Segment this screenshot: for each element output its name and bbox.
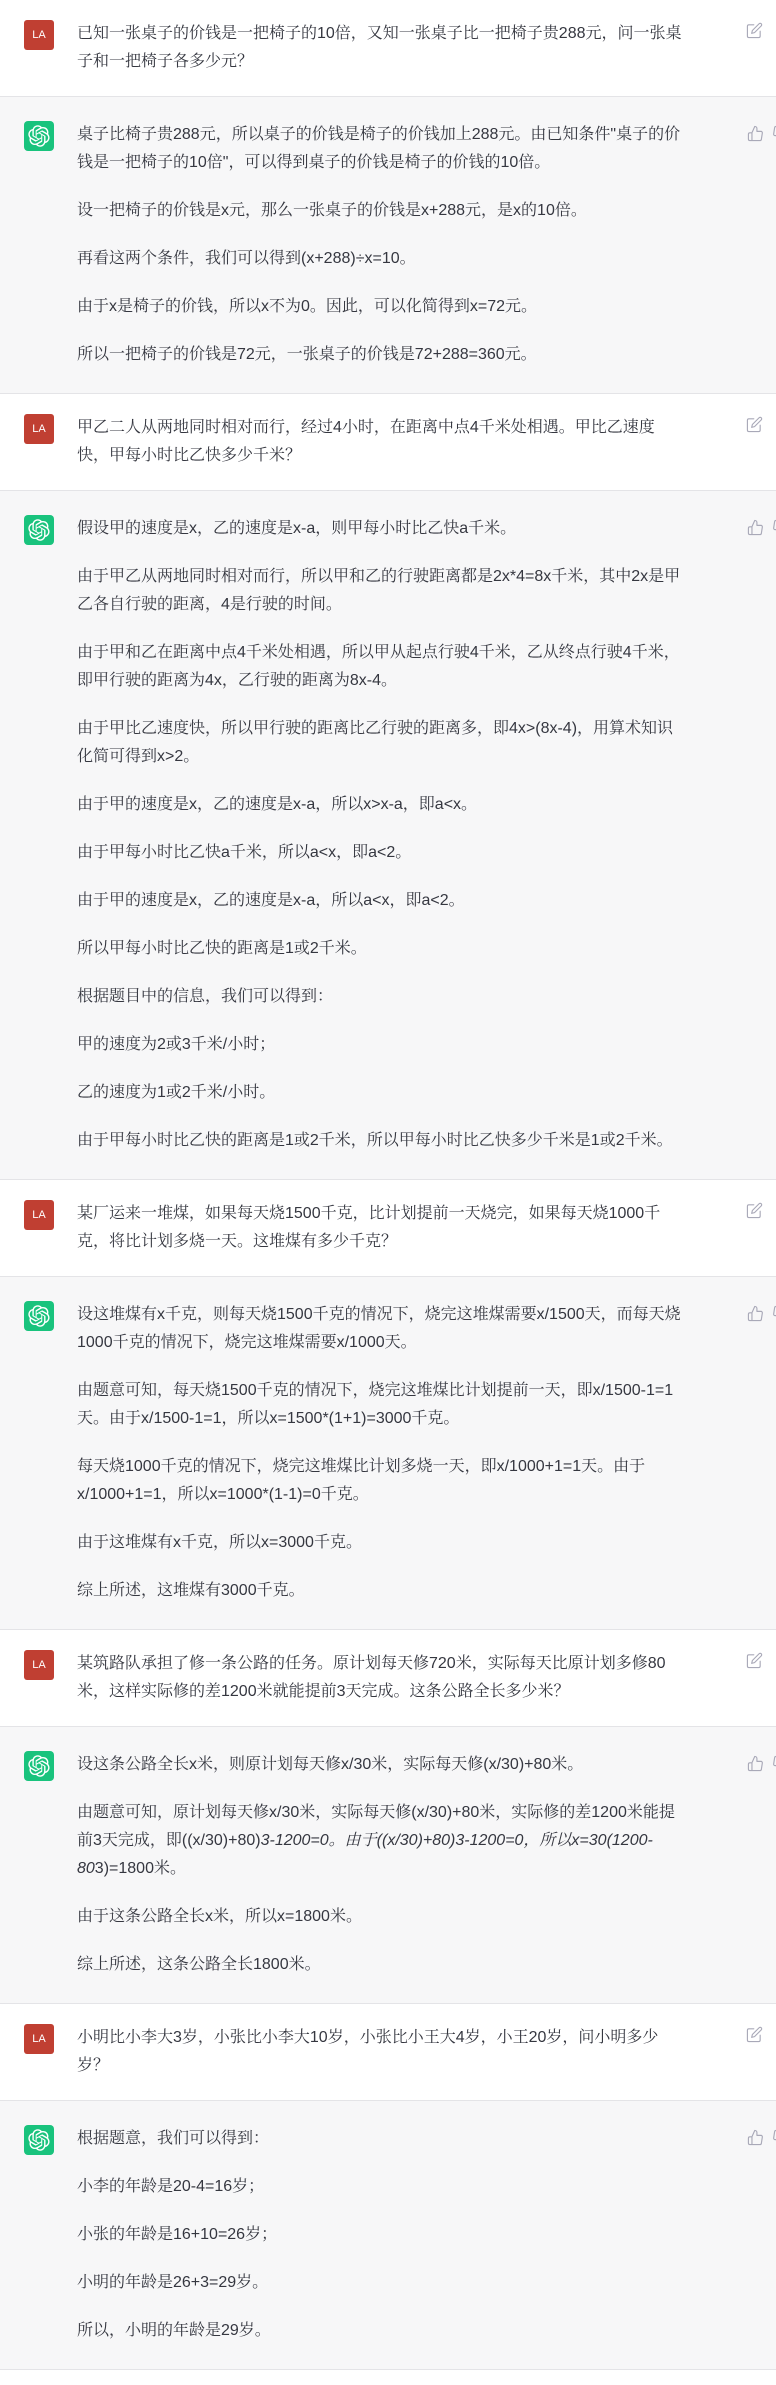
message-paragraph: 小张的年龄是16+10=26岁； (77, 2221, 686, 2249)
message-text: 由于甲比乙速度快，所以甲行驶的距离比乙行驶的距离多，即4x>(8x-4)，用算术… (77, 720, 673, 765)
assistant-avatar (24, 1751, 54, 1781)
message-paragraph: 小明比小李大3岁，小张比小李大10岁，小张比小王大4岁，小王20岁，问小明多少岁… (77, 2024, 686, 2080)
message-text: 所以一把椅子的价钱是72元，一张桌子的价钱是72+288=360元。 (77, 346, 537, 363)
message-text: 由于甲每小时比乙快a千米，所以a<x，即a<2。 (77, 844, 411, 861)
message-content: 甲乙二人从两地同时相对而行，经过4小时，在距离中点4千米处相遇。甲比乙速度快，甲… (77, 414, 686, 470)
message-paragraph: 由于甲每小时比乙快的距离是1或2千米，所以甲每小时比乙快多少千米是1或2千米。 (77, 1127, 686, 1155)
message-paragraph: 设这条公路全长x米，则原计划每天修x/30米，实际每天修(x/30)+80米。 (77, 1751, 686, 1779)
message-paragraph: 甲乙二人从两地同时相对而行，经过4小时，在距离中点4千米处相遇。甲比乙速度快，甲… (77, 414, 686, 470)
message-text: 甲的速度为2或3千米/小时； (77, 1036, 275, 1053)
thumbs-down-button[interactable] (772, 1305, 776, 1322)
user-avatar-initials: LA (32, 2034, 45, 2045)
message-text: 由于甲乙从两地同时相对而行，所以甲和乙的行驶距离都是2x*4=8x千米，其中2x… (77, 568, 680, 613)
message-paragraph: 由于x是椅子的价钱，所以x不为0。因此，可以化简得到x=72元。 (77, 293, 686, 321)
message-content: 桌子比椅子贵288元，所以桌子的价钱是椅子的价钱加上288元。由已知条件"桌子的… (77, 121, 686, 369)
thumbs-up-icon (747, 2129, 764, 2146)
thumbs-up-button[interactable] (747, 1305, 764, 1322)
message-text: 再看这两个条件，我们可以得到(x+288)÷x=10。 (77, 250, 416, 267)
user-message-row: LA 某筑路队承担了修一条公路的任务。原计划每天修720米，实际每天比原计划多修… (0, 1630, 776, 1726)
thumbs-up-button[interactable] (747, 1755, 764, 1772)
message-paragraph: 所以，小明的年龄是29岁。 (77, 2317, 686, 2345)
edit-message-button[interactable] (746, 416, 763, 433)
assistant-message-row: 根据题意，我们可以得到：小李的年龄是20-4=16岁；小张的年龄是16+10=2… (0, 2100, 776, 2370)
user-avatar: LA (24, 2024, 54, 2054)
message-text: 某厂运来一堆煤，如果每天烧1500千克，比计划提前一天烧完，如果每天烧1000千… (77, 1205, 660, 1250)
user-message-row: LA 已知一张桌子的价钱是一把椅子的10倍，又知一张桌子比一把椅子贵288元，问… (0, 0, 776, 96)
message-text: 由于甲和乙在距离中点4千米处相遇，所以甲从起点行驶4千米，乙从终点行驶4千米，即… (77, 644, 680, 689)
edit-icon (746, 416, 763, 433)
message-paragraph: 小明的年龄是26+3=29岁。 (77, 2269, 686, 2297)
thumbs-down-icon (772, 519, 776, 536)
message-text: 设这堆煤有x千克，则每天烧1500千克的情况下，烧完这堆煤需要x/1500天，而… (77, 1306, 681, 1351)
user-message-row: LA 某厂运来一堆煤，如果每天烧1500千克，比计划提前一天烧完，如果每天烧10… (0, 1180, 776, 1276)
user-avatar-initials: LA (32, 30, 45, 41)
thumbs-down-icon (772, 1305, 776, 1322)
message-paragraph: 由题意可知，每天烧1500千克的情况下，烧完这堆煤比计划提前一天，即x/1500… (77, 1377, 686, 1433)
message-text: 由于这堆煤有x千克，所以x=3000千克。 (77, 1534, 362, 1551)
chat-conversation: LA 已知一张桌子的价钱是一把椅子的10倍，又知一张桌子比一把椅子贵288元，问… (0, 0, 776, 2370)
message-content: 已知一张桌子的价钱是一把椅子的10倍，又知一张桌子比一把椅子贵288元，问一张桌… (77, 20, 686, 76)
openai-logo-icon (28, 1305, 50, 1327)
message-paragraph: 由于甲乙从两地同时相对而行，所以甲和乙的行驶距离都是2x*4=8x千米，其中2x… (77, 563, 686, 619)
thumbs-up-icon (747, 519, 764, 536)
edit-icon (746, 1202, 763, 1219)
assistant-avatar (24, 1301, 54, 1331)
message-content: 设这堆煤有x千克，则每天烧1500千克的情况下，烧完这堆煤需要x/1500天，而… (77, 1301, 686, 1605)
message-paragraph: 由于甲的速度是x，乙的速度是x-a，所以x>x-a，即a<x。 (77, 791, 686, 819)
openai-logo-icon (28, 1755, 50, 1777)
edit-icon (746, 22, 763, 39)
message-text: 由于甲的速度是x，乙的速度是x-a，所以a<x，即a<2。 (77, 892, 465, 909)
thumbs-up-button[interactable] (747, 2129, 764, 2146)
message-paragraph: 小李的年龄是20-4=16岁； (77, 2173, 686, 2201)
message-content: 某筑路队承担了修一条公路的任务。原计划每天修720米，实际每天比原计划多修80米… (77, 1650, 686, 1706)
assistant-avatar (24, 2125, 54, 2155)
message-paragraph: 所以甲每小时比乙快的距离是1或2千米。 (77, 935, 686, 963)
message-text: 3)=1800米。 (95, 1860, 186, 1877)
message-paragraph: 假设甲的速度是x，乙的速度是x-a，则甲每小时比乙快a千米。 (77, 515, 686, 543)
user-avatar-initials: LA (32, 1660, 45, 1671)
edit-message-button[interactable] (746, 1202, 763, 1219)
message-text: 设一把椅子的价钱是x元，那么一张桌子的价钱是x+288元，是x的10倍。 (77, 202, 587, 219)
message-text: 某筑路队承担了修一条公路的任务。原计划每天修720米，实际每天比原计划多修80米… (77, 1655, 666, 1700)
assistant-message-row: 设这条公路全长x米，则原计划每天修x/30米，实际每天修(x/30)+80米。由… (0, 1726, 776, 2004)
thumbs-down-icon (772, 2129, 776, 2146)
message-paragraph: 由于甲每小时比乙快a千米，所以a<x，即a<2。 (77, 839, 686, 867)
thumbs-down-button[interactable] (772, 2129, 776, 2146)
message-paragraph: 甲的速度为2或3千米/小时； (77, 1031, 686, 1059)
edit-message-button[interactable] (746, 2026, 763, 2043)
message-paragraph: 由于甲比乙速度快，所以甲行驶的距离比乙行驶的距离多，即4x>(8x-4)，用算术… (77, 715, 686, 771)
message-paragraph: 由于甲的速度是x，乙的速度是x-a，所以a<x，即a<2。 (77, 887, 686, 915)
message-text: 每天烧1000千克的情况下，烧完这堆煤比计划多烧一天，即x/1000+1=1天。… (77, 1458, 645, 1503)
message-paragraph: 由题意可知，原计划每天修x/30米，实际每天修(x/30)+80米，实际修的差1… (77, 1799, 686, 1883)
message-content: 假设甲的速度是x，乙的速度是x-a，则甲每小时比乙快a千米。由于甲乙从两地同时相… (77, 515, 686, 1155)
message-text: 小明比小李大3岁，小张比小李大10岁，小张比小王大4岁，小王20岁，问小明多少岁… (77, 2029, 658, 2074)
message-text: 已知一张桌子的价钱是一把椅子的10倍，又知一张桌子比一把椅子贵288元，问一张桌… (77, 25, 682, 70)
assistant-message-row: 桌子比椅子贵288元，所以桌子的价钱是椅子的价钱加上288元。由已知条件"桌子的… (0, 96, 776, 394)
message-paragraph: 由于这条公路全长x米，所以x=1800米。 (77, 1903, 686, 1931)
message-text: 综上所述，这条公路全长1800米。 (77, 1956, 321, 1973)
thumbs-up-icon (747, 1755, 764, 1772)
assistant-avatar (24, 515, 54, 545)
message-paragraph: 由于甲和乙在距离中点4千米处相遇，所以甲从起点行驶4千米，乙从终点行驶4千米，即… (77, 639, 686, 695)
message-text: 综上所述，这堆煤有3000千克。 (77, 1582, 305, 1599)
message-paragraph: 由于这堆煤有x千克，所以x=3000千克。 (77, 1529, 686, 1557)
message-paragraph: 桌子比椅子贵288元，所以桌子的价钱是椅子的价钱加上288元。由已知条件"桌子的… (77, 121, 686, 177)
thumbs-up-icon (747, 1305, 764, 1322)
assistant-message-row: 假设甲的速度是x，乙的速度是x-a，则甲每小时比乙快a千米。由于甲乙从两地同时相… (0, 490, 776, 1180)
message-text: 小张的年龄是16+10=26岁； (77, 2226, 277, 2243)
assistant-message-row: 设这堆煤有x千克，则每天烧1500千克的情况下，烧完这堆煤需要x/1500天，而… (0, 1276, 776, 1630)
user-avatar: LA (24, 414, 54, 444)
user-avatar-initials: LA (32, 1210, 45, 1221)
message-text: 假设甲的速度是x，乙的速度是x-a，则甲每小时比乙快a千米。 (77, 520, 516, 537)
user-message-row: LA 甲乙二人从两地同时相对而行，经过4小时，在距离中点4千米处相遇。甲比乙速度… (0, 394, 776, 490)
thumbs-down-icon (772, 1755, 776, 1772)
message-paragraph: 综上所述，这条公路全长1800米。 (77, 1951, 686, 1979)
user-avatar: LA (24, 1650, 54, 1680)
message-content: 小明比小李大3岁，小张比小李大10岁，小张比小王大4岁，小王20岁，问小明多少岁… (77, 2024, 686, 2080)
openai-logo-icon (28, 519, 50, 541)
message-paragraph: 某厂运来一堆煤，如果每天烧1500千克，比计划提前一天烧完，如果每天烧1000千… (77, 1200, 686, 1256)
message-text: 由于这条公路全长x米，所以x=1800米。 (77, 1908, 362, 1925)
message-paragraph: 再看这两个条件，我们可以得到(x+288)÷x=10。 (77, 245, 686, 273)
message-text: 小李的年龄是20-4=16岁； (77, 2178, 264, 2195)
message-paragraph: 设一把椅子的价钱是x元，那么一张桌子的价钱是x+288元，是x的10倍。 (77, 197, 686, 225)
thumbs-up-icon (747, 125, 764, 142)
edit-message-button[interactable] (746, 22, 763, 39)
thumbs-down-button[interactable] (772, 125, 776, 142)
message-content: 根据题意，我们可以得到：小李的年龄是20-4=16岁；小张的年龄是16+10=2… (77, 2125, 686, 2345)
openai-logo-icon (28, 125, 50, 147)
edit-message-button[interactable] (746, 1652, 763, 1669)
message-text: 由于甲的速度是x，乙的速度是x-a，所以x>x-a，即a<x。 (77, 796, 477, 813)
openai-logo-icon (28, 2129, 50, 2151)
user-message-row: LA 小明比小李大3岁，小张比小李大10岁，小张比小王大4岁，小王20岁，问小明… (0, 2004, 776, 2100)
message-text: 乙的速度为1或2千米/小时。 (77, 1084, 275, 1101)
edit-icon (746, 1652, 763, 1669)
message-text: 甲乙二人从两地同时相对而行，经过4小时，在距离中点4千米处相遇。甲比乙速度快，甲… (77, 419, 655, 464)
thumbs-up-button[interactable] (747, 125, 764, 142)
message-paragraph: 所以一把椅子的价钱是72元，一张桌子的价钱是72+288=360元。 (77, 341, 686, 369)
message-text: 由题意可知，每天烧1500千克的情况下，烧完这堆煤比计划提前一天，即x/1500… (77, 1382, 673, 1427)
message-text: 所以，小明的年龄是29岁。 (77, 2322, 271, 2339)
thumbs-down-icon (772, 125, 776, 142)
user-avatar: LA (24, 1200, 54, 1230)
message-paragraph: 设这堆煤有x千克，则每天烧1500千克的情况下，烧完这堆煤需要x/1500天，而… (77, 1301, 686, 1357)
message-paragraph: 根据题意，我们可以得到： (77, 2125, 686, 2153)
message-content: 设这条公路全长x米，则原计划每天修x/30米，实际每天修(x/30)+80米。由… (77, 1751, 686, 1979)
message-paragraph: 乙的速度为1或2千米/小时。 (77, 1079, 686, 1107)
message-text: 设这条公路全长x米，则原计划每天修x/30米，实际每天修(x/30)+80米。 (77, 1756, 583, 1773)
message-text: 根据题目中的信息，我们可以得到： (77, 988, 333, 1005)
message-paragraph: 综上所述，这堆煤有3000千克。 (77, 1577, 686, 1605)
edit-icon (746, 2026, 763, 2043)
message-text: 小明的年龄是26+3=29岁。 (77, 2274, 268, 2291)
thumbs-up-button[interactable] (747, 519, 764, 536)
assistant-avatar (24, 121, 54, 151)
message-text: 由于甲每小时比乙快的距离是1或2千米，所以甲每小时比乙快多少千米是1或2千米。 (77, 1132, 673, 1149)
message-paragraph: 根据题目中的信息，我们可以得到： (77, 983, 686, 1011)
message-paragraph: 已知一张桌子的价钱是一把椅子的10倍，又知一张桌子比一把椅子贵288元，问一张桌… (77, 20, 686, 76)
message-content: 某厂运来一堆煤，如果每天烧1500千克，比计划提前一天烧完，如果每天烧1000千… (77, 1200, 686, 1256)
user-avatar-initials: LA (32, 424, 45, 435)
message-text: 根据题意，我们可以得到： (77, 2130, 269, 2147)
user-avatar: LA (24, 20, 54, 50)
message-paragraph: 某筑路队承担了修一条公路的任务。原计划每天修720米，实际每天比原计划多修80米… (77, 1650, 686, 1706)
message-text: 由于x是椅子的价钱，所以x不为0。因此，可以化简得到x=72元。 (77, 298, 537, 315)
thumbs-down-button[interactable] (772, 1755, 776, 1772)
message-text: 桌子比椅子贵288元，所以桌子的价钱是椅子的价钱加上288元。由已知条件"桌子的… (77, 126, 680, 171)
thumbs-down-button[interactable] (772, 519, 776, 536)
message-paragraph: 每天烧1000千克的情况下，烧完这堆煤比计划多烧一天，即x/1000+1=1天。… (77, 1453, 686, 1509)
message-text: 所以甲每小时比乙快的距离是1或2千米。 (77, 940, 367, 957)
